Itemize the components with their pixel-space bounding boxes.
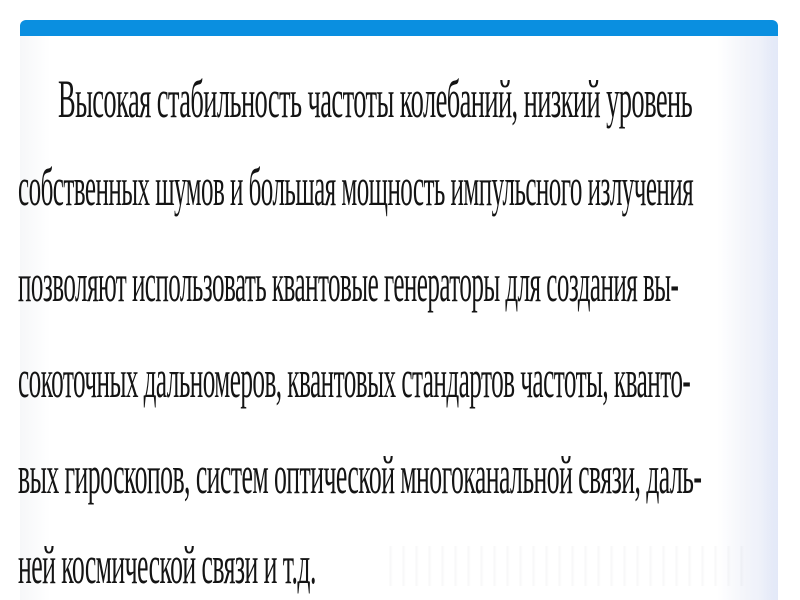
paragraph-line: ней космической связи и т.д. (18, 538, 316, 592)
paragraph-line: собственных шумов и большая мощность имп… (18, 160, 693, 214)
scanned-text-image: Высокая стабильность частоты колебаний, … (20, 36, 778, 600)
paragraph-line: позволяют использовать квантовые генерат… (18, 256, 678, 310)
paragraph-line: сокоточных дальномеров, квантовых станда… (18, 352, 690, 406)
bleed-through-texture (380, 546, 750, 586)
slide: Высокая стабильность частоты колебаний, … (0, 0, 800, 600)
slide-header-bar (20, 20, 778, 36)
paragraph-line: вых гироскопов, систем оптической многок… (18, 448, 701, 502)
paragraph-line: Высокая стабильность частоты колебаний, … (58, 72, 692, 126)
